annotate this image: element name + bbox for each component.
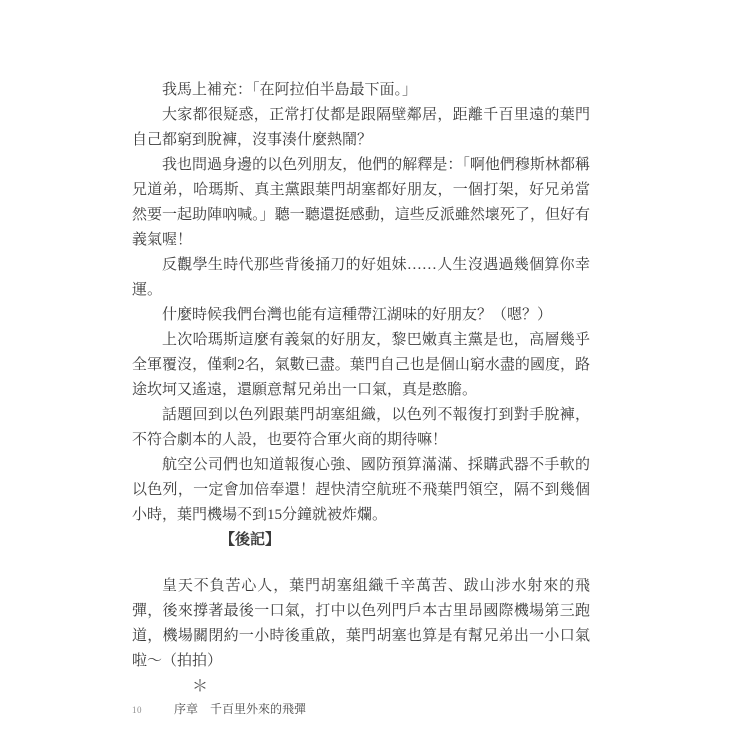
paragraph: 我馬上補充：「在阿拉伯半島最下面。」	[132, 78, 590, 103]
body-text: 我馬上補充：「在阿拉伯半島最下面。」 大家都很疑惑，正常打仗都是跟隔壁鄰居，距離…	[132, 78, 590, 699]
paragraph: 反觀學生時代那些背後捅刀的好姐妹……人生沒遇過幾個算你幸運。	[132, 253, 590, 303]
chapter-label: 序章	[174, 702, 198, 716]
paragraph: 話題回到以色列跟葉門胡塞組織，以色列不報復打到對手脫褲，不符合劇本的人設，也要符…	[132, 403, 590, 453]
book-page: 我馬上補充：「在阿拉伯半島最下面。」 大家都很疑惑，正常打仗都是跟隔壁鄰居，距離…	[0, 0, 750, 750]
page-footer: 10 序章千百里外來的飛彈	[132, 700, 592, 717]
paragraph: 什麼時候我們台灣也能有這種帶江湖味的好朋友？（嗯？）	[132, 303, 590, 328]
section-break-asterisk: ＊	[132, 674, 590, 699]
chapter-title: 千百里外來的飛彈	[210, 702, 306, 716]
page-number: 10	[132, 705, 142, 715]
afterword-paragraph: 皇天不負苦心人，葉門胡塞組織千辛萬苦、跋山涉水射來的飛彈，後來撐著最後一口氣，打…	[132, 574, 590, 674]
afterword-heading: 【後記】	[132, 528, 590, 553]
paragraph: 上次哈瑪斯這麼有義氣的好朋友，黎巴嫩真主黨是也，高層幾乎全軍覆沒，僅剩2名，氣數…	[132, 328, 590, 403]
paragraph: 航空公司們也知道報復心強、國防預算滿滿、採購武器不手軟的以色列，一定會加倍奉還！…	[132, 453, 590, 528]
paragraph: 大家都很疑惑，正常打仗都是跟隔壁鄰居，距離千百里遠的葉門自己都窮到脫褲，沒事湊什…	[132, 103, 590, 153]
paragraph: 我也問過身邊的以色列朋友，他們的解釋是：「啊他們穆斯林都稱兄道弟，哈瑪斯、真主黨…	[132, 153, 590, 253]
running-footer-chapter: 序章千百里外來的飛彈	[174, 700, 306, 717]
